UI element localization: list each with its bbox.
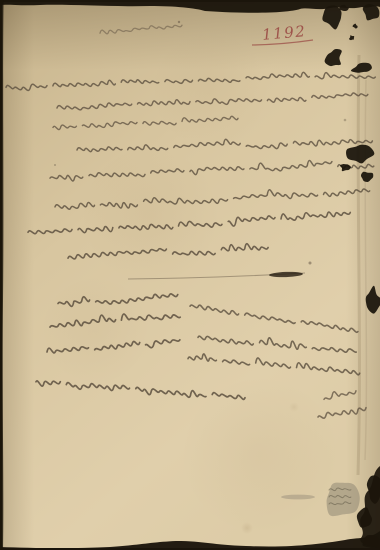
document-photo: 1192: [0, 0, 380, 550]
paper-stain: [241, 522, 253, 534]
ink-fleck: [54, 164, 56, 166]
ink-fleck: [344, 119, 347, 122]
paper-stain: [150, 30, 270, 150]
ink-fleck: [309, 262, 312, 265]
faint-stamp-text: [281, 495, 315, 500]
paper-stain: [80, 145, 220, 285]
archive-number: 1192: [261, 22, 307, 44]
manuscript-svg: 1192: [0, 0, 380, 550]
archive-number-group: 1192: [261, 22, 307, 44]
paper-stain: [289, 402, 299, 412]
paper-left-shading: [0, 0, 34, 550]
paper-stain: [180, 375, 340, 535]
photo-edge: [0, 0, 4, 550]
paper-right-shading: [346, 0, 380, 550]
paper-stain: [40, 275, 150, 385]
ink-fleck: [178, 21, 180, 23]
seal-body: [327, 483, 360, 517]
